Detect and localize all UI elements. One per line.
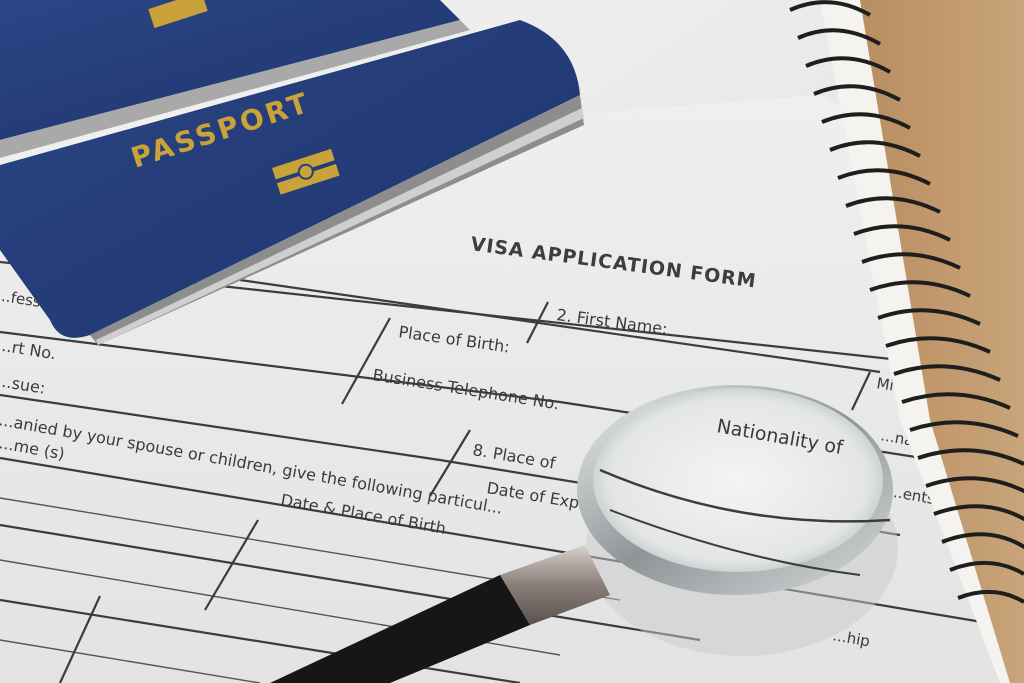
photo-scene: VISA APPLICATION FORM 2. First Name: Pla…: [0, 0, 1024, 683]
